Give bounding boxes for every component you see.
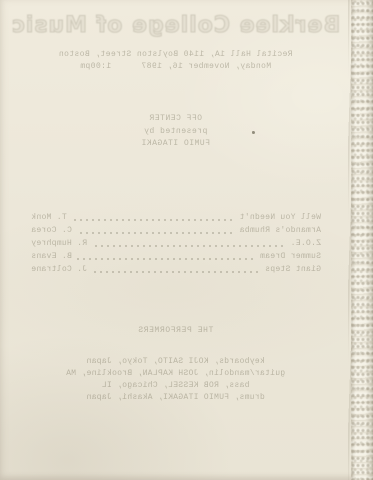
performer-line: keyboards, KOJI SAITO, Tokyo, Japan [0, 356, 351, 368]
performer-list: keyboards, KOJI SAITO, Tokyo, Japan guit… [0, 356, 351, 404]
berklee-logo-text: Berklee College of Music [0, 13, 351, 38]
event-date: Monday, November 16, 1987 [141, 62, 271, 71]
program-title: Z.O.E. [290, 239, 321, 248]
program-composer: C. Corea [31, 226, 72, 235]
performer-line: guitar/mandolin, JOSH KAPLAN, Brookline,… [0, 368, 351, 380]
program-title: Summer Dream [260, 252, 321, 261]
program-title: Giant Steps [265, 265, 321, 274]
dotted-leader [92, 268, 260, 276]
program-list: Well You Needn't T. Monk Armando's Rhumb… [31, 213, 321, 278]
program-composer: B. Evans [31, 252, 72, 261]
concert-title: OFF CENTER [0, 113, 351, 126]
program-composer: R. Humphrey [31, 239, 87, 248]
mirrored-showthrough-text: Berklee College of Music Recital Hall 1A… [0, 0, 351, 480]
dotted-leader [77, 229, 235, 237]
program-row: Z.O.E. R. Humphrey [31, 239, 321, 252]
performer-line: drums, FUMIO ITAGAKI, Akashi, Japan [0, 392, 351, 404]
program-row: Armando's Rhumba C. Corea [31, 226, 321, 239]
ink-speck [252, 131, 255, 134]
venue-address: Recital Hall 1A, 1140 Boylston Street, B… [0, 50, 351, 59]
dotted-leader [72, 216, 235, 224]
presenter-name: FUMIO ITAGAKI [0, 138, 351, 151]
dotted-leader [77, 255, 255, 263]
date-time-line: Monday, November 16, 1987 1:00pm [60, 62, 291, 71]
scanned-program-page: { "paper": { "background_color": "#ECE7D… [0, 0, 373, 480]
program-row: Giant Steps J. Coltrane [31, 265, 321, 278]
program-row: Well You Needn't T. Monk [31, 213, 321, 226]
program-row: Summer Dream B. Evans [31, 252, 321, 265]
torn-paper-edge [351, 0, 373, 480]
performer-line: bass, ROB KESSEL, Chicago, IL [0, 380, 351, 392]
event-time: 1:00pm [80, 62, 111, 71]
presented-by-label: presented by [0, 126, 351, 139]
dotted-leader [92, 242, 285, 250]
program-title: Armando's Rhumba [239, 226, 321, 235]
performers-heading: THE PERFORMERS [0, 326, 351, 335]
concert-title-block: OFF CENTER presented by FUMIO ITAGAKI [0, 113, 351, 151]
program-title: Well You Needn't [239, 213, 321, 222]
program-composer: J. Coltrane [31, 265, 87, 274]
program-composer: T. Monk [31, 213, 67, 222]
